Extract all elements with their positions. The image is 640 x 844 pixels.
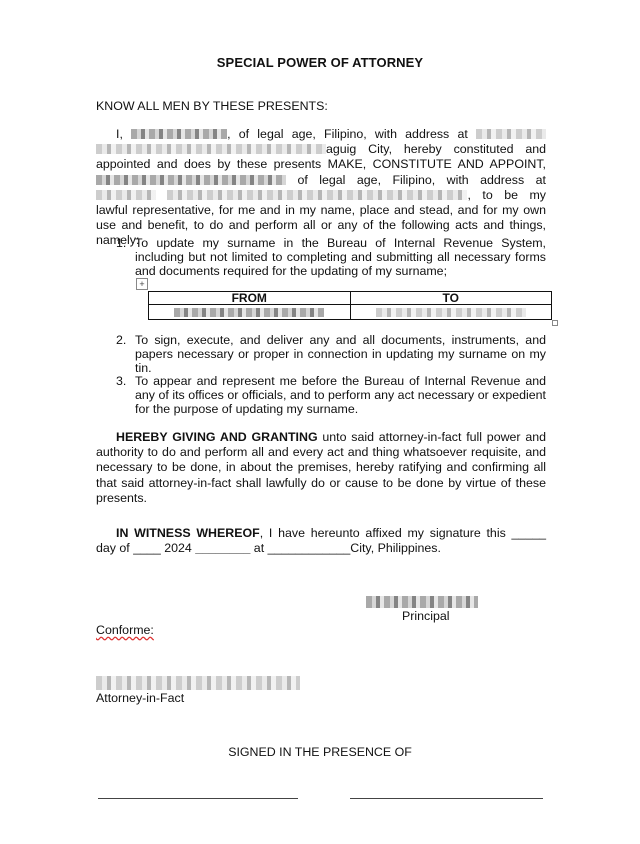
- intro-text-2: , of legal age, Filipino, with address a…: [227, 127, 476, 141]
- surname-table: FROM TO: [148, 291, 552, 320]
- intro-text-4: of legal age, Filipino, with address at: [286, 173, 546, 187]
- act-text: To update my surname in the Bureau of In…: [135, 237, 546, 278]
- table-row: [149, 305, 552, 320]
- witness-signature-line-2: [350, 798, 543, 799]
- table-header-from: FROM: [149, 292, 351, 305]
- redacted-attorney-address: [96, 190, 156, 200]
- table-cell-from: [149, 305, 351, 320]
- witness-signature-line-1: [98, 798, 298, 799]
- witness-bold: IN WITNESS WHEREOF: [116, 526, 260, 540]
- redacted-old-surname: [174, 308, 324, 317]
- attorney-in-fact-label: Attorney-in-Fact: [96, 691, 184, 705]
- table-cell-to: [350, 305, 552, 320]
- witness-paragraph: IN WITNESS WHEREOF, I have hereunto affi…: [96, 526, 546, 556]
- intro-paragraph: I, , of legal age, Filipino, with addres…: [96, 127, 546, 249]
- table-move-handle-icon[interactable]: +: [136, 278, 148, 290]
- intro-text-1: I,: [116, 127, 131, 141]
- act-item-1: 1. To update my surname in the Bureau of…: [116, 237, 546, 278]
- act-text: To sign, execute, and deliver any and al…: [135, 334, 546, 375]
- redacted-attorney-signature: [96, 676, 300, 690]
- table-header-to: TO: [350, 292, 552, 305]
- document-title: SPECIAL POWER OF ATTORNEY: [0, 55, 640, 70]
- act-number: 1.: [116, 237, 134, 251]
- act-item-3: 3. To appear and represent me before the…: [116, 375, 546, 416]
- redacted-address: [476, 129, 546, 139]
- granting-paragraph: HEREBY GIVING AND GRANTING unto said att…: [96, 430, 546, 506]
- conforme-label: Conforme:: [96, 623, 154, 637]
- witness-blank: ________: [195, 541, 250, 555]
- redacted-new-surname: [376, 308, 526, 317]
- redacted-principal-name: [131, 129, 227, 139]
- principal-label: Principal: [402, 609, 450, 623]
- act-number: 2.: [116, 334, 134, 348]
- document-page: SPECIAL POWER OF ATTORNEY KNOW ALL MEN B…: [0, 0, 640, 844]
- redacted-principal-signature: [366, 596, 478, 608]
- act-item-2: 2. To sign, execute, and deliver any and…: [116, 334, 546, 375]
- signed-presence-heading: SIGNED IN THE PRESENCE OF: [0, 745, 640, 759]
- granting-bold: HEREBY GIVING AND GRANTING: [116, 430, 318, 444]
- redacted-address-cont: [96, 144, 326, 154]
- table-resize-handle[interactable]: [552, 320, 558, 326]
- act-text: To appear and represent me before the Bu…: [135, 375, 546, 416]
- act-number: 3.: [116, 375, 134, 389]
- redacted-attorney-address-cont: [167, 190, 467, 200]
- redacted-attorney-name: [96, 175, 286, 185]
- opening-line: KNOW ALL MEN BY THESE PRESENTS:: [96, 99, 328, 113]
- witness-text-2: at ____________City, Philippines.: [250, 541, 441, 555]
